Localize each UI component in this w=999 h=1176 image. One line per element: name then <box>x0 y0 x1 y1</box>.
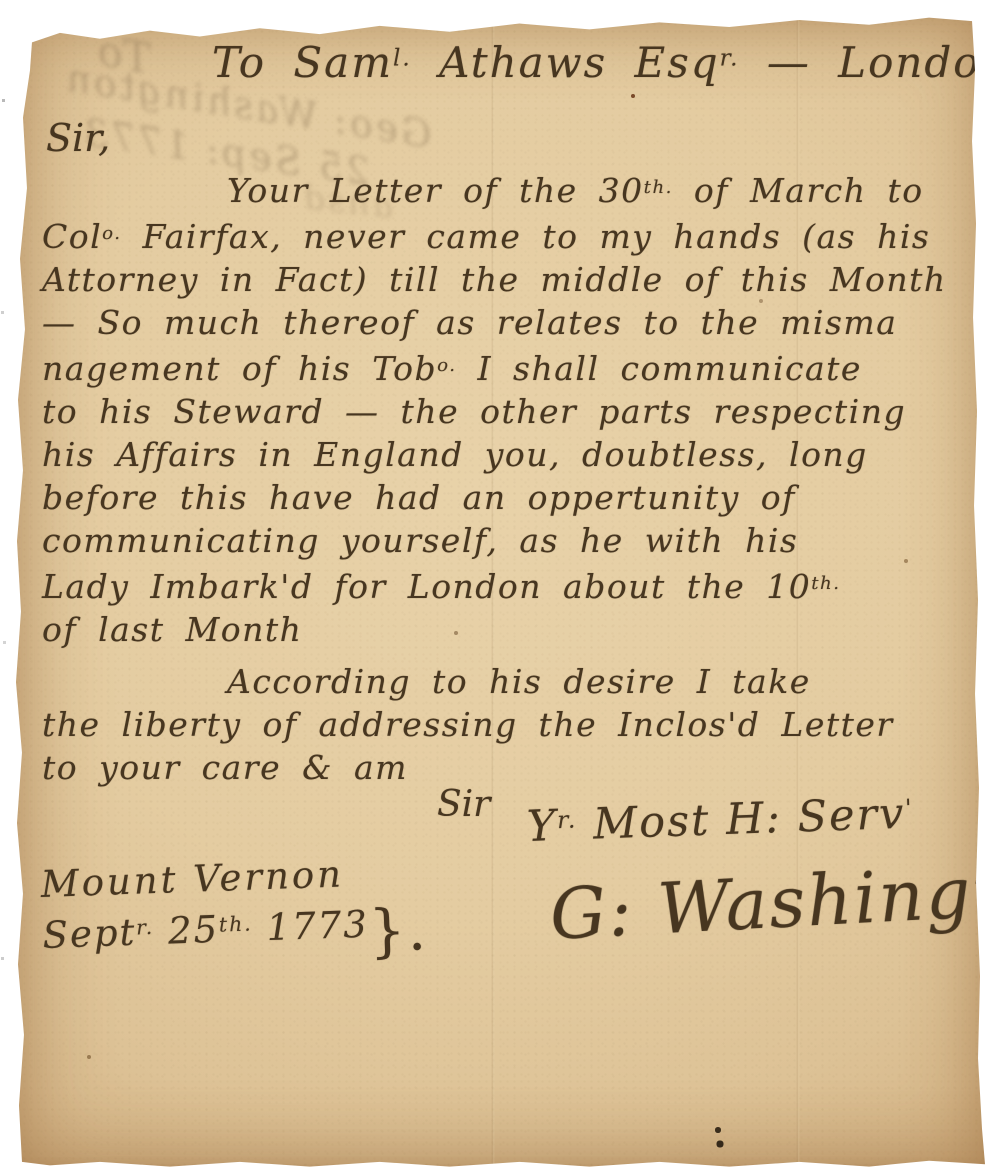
letter-line: his Affairs in England you, doubtless, l… <box>42 433 975 476</box>
letter-line: According to his desire I take <box>42 660 975 703</box>
bleed-through-line: To <box>91 26 155 84</box>
letter-paper: ToGeo: Washington25 Sep: 1773ansd To Sam… <box>0 0 999 1176</box>
letter-line: the liberty of addressing the Inclos'd L… <box>42 703 975 746</box>
letter-line: Your Letter of the 30th. of March to <box>42 166 975 212</box>
letter-line: communicating yourself, as he with his <box>42 519 975 562</box>
scan-background: ToGeo: Washington25 Sep: 1773ansd To Sam… <box>0 0 999 1176</box>
letter-line: — So much thereof as relates to the mism… <box>42 301 975 344</box>
salutation: Sir, <box>46 116 110 160</box>
letter-paragraph: Your Letter of the 30th. of March toColo… <box>42 166 975 651</box>
letter-paragraph: According to his desire I takethe libert… <box>42 660 975 789</box>
letter-line: Colo. Fairfax, never came to my hands (a… <box>42 212 975 258</box>
dateline-brace: }. <box>368 896 429 965</box>
letter-line: nagement of his Tobo. I shall communicat… <box>42 344 975 390</box>
letter-line: Attorney in Fact) till the middle of thi… <box>42 258 975 301</box>
letter-line: before this have had an oppertunity of <box>42 476 975 519</box>
letter-line: of last Month <box>42 608 975 651</box>
letter-line: to your care & am <box>42 746 975 789</box>
closing-sir: Sir <box>437 784 490 825</box>
letter-line: to his Steward — the other parts respect… <box>42 390 975 433</box>
dateline: Mount Vernon Septr. 25th. 1773}. <box>40 849 428 967</box>
letter-line: Lady Imbark'd for London about the 10th. <box>42 562 975 608</box>
closing-phrase: Yr. Most H: Serv' <box>526 788 915 851</box>
dateline-date-text: Septr. 25th. 1773 <box>42 903 370 957</box>
scanner-edge-marks <box>0 0 1 1</box>
letter-body: Your Letter of the 30th. of March toColo… <box>42 166 975 789</box>
address-line: To Saml. Athaws Esqr. — London <box>212 38 999 87</box>
signature: G: Washington <box>548 846 999 956</box>
dateline-date: Septr. 25th. 1773}. <box>42 895 429 967</box>
